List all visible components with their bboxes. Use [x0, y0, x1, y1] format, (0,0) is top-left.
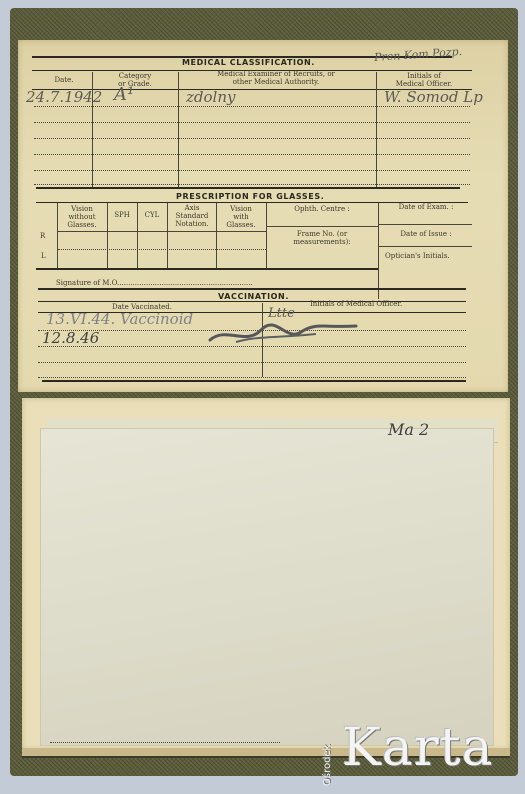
ophth-centre-label: Ophth. Centre :: [268, 205, 376, 213]
col-sph-label: SPH: [108, 211, 136, 219]
tissue-insert: [40, 428, 494, 746]
medical-classification-title: MEDICAL CLASSIFICATION.: [182, 58, 315, 67]
row-right-label: R: [40, 232, 45, 240]
row-left-label: L: [41, 252, 46, 260]
col-axis-label: Notation.: [168, 220, 216, 228]
col-date-label: Date.: [36, 76, 92, 84]
rule: [36, 268, 378, 270]
vaccination-title: VACCINATION.: [218, 292, 289, 301]
col-vision-without-label: Glasses.: [58, 221, 106, 229]
prescription-title: PRESCRIPTION FOR GLASSES.: [176, 192, 324, 201]
col-axis-label: Standard: [168, 212, 216, 220]
entry-examiner: zdolny: [186, 88, 235, 106]
col-vision-with-label: Glasses.: [217, 221, 265, 229]
section-rule: [38, 288, 466, 290]
col-cyl-label: CYL: [138, 211, 166, 219]
entry-initials: W. Somod Lp: [384, 88, 483, 106]
date-of-issue-label: Date of Issue :: [380, 230, 472, 238]
vacc-entry-1-date: 13.VI.44. Vaccinoid: [46, 310, 193, 328]
col-examiner-label-1: Medical Examiner of Recruits, or: [178, 70, 374, 78]
col-axis-label: Axis: [168, 204, 216, 212]
vacc-entry-2-date: 12.8.46: [42, 329, 99, 347]
frame-no-label: Frame No. (or: [268, 230, 376, 238]
watermark-brand: Karta: [342, 722, 494, 774]
entry-category: A¹: [114, 84, 134, 105]
col-initials-label-1: Initials of: [378, 72, 470, 80]
watermark-small: Ośrodek: [322, 728, 338, 786]
frame-no-label: measurements):: [268, 238, 376, 246]
vacc-initials-label: Initials of Medical Officer.: [310, 300, 402, 308]
col-initials-label-2: Medical Officer.: [378, 80, 470, 88]
col-vision-without-label: without: [58, 213, 106, 221]
vacc-signature-scribble: [206, 318, 366, 348]
signature-mo-label: Signature of M.O........................…: [56, 279, 253, 287]
date-of-exam-label: Date of Exam. :: [380, 203, 472, 211]
entry-date: 24.7.1942: [26, 88, 102, 106]
col-vision-with-label: Vision: [217, 205, 265, 213]
col-vision-with-label: with: [217, 213, 265, 221]
opticians-initials-label: Optician's Initials.: [385, 252, 450, 260]
col-examiner-label-2: other Medical Authority.: [178, 78, 374, 86]
col-vision-without-label: Vision: [58, 205, 106, 213]
col-category-label-2: or Grade.: [94, 80, 176, 88]
lower-handwriting: Ma 2: [388, 420, 429, 439]
section-rule: [36, 187, 460, 189]
col-category-label-1: Category: [94, 72, 176, 80]
